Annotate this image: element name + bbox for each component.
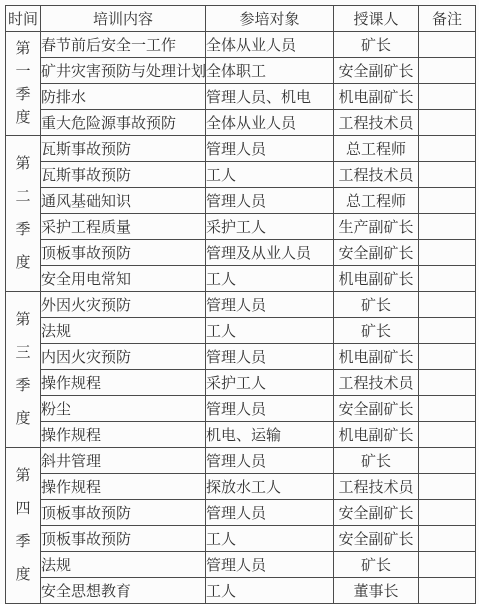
- audience-cell: 管理人员: [206, 448, 334, 474]
- note-cell: [419, 396, 476, 422]
- audience-cell: 工人: [206, 318, 334, 344]
- time-quarter-cell: 第一季度: [6, 32, 41, 136]
- note-cell: [419, 214, 476, 240]
- time-quarter-cell: 第二季度: [6, 136, 41, 292]
- lecturer-cell: 工程技术员: [334, 110, 419, 136]
- column-header: 备注: [419, 6, 476, 32]
- note-cell: [419, 240, 476, 266]
- column-header: 培训内容: [41, 6, 206, 32]
- content-cell: 顶板事故预防: [41, 500, 206, 526]
- header-row: 时间培训内容参培对象授课人备注: [6, 6, 476, 32]
- table-row: 安全用电常知工人机电副矿长: [6, 266, 476, 292]
- column-header: 参培对象: [206, 6, 334, 32]
- lecturer-cell: 机电副矿长: [334, 344, 419, 370]
- lecturer-cell: 工程技术员: [334, 162, 419, 188]
- table-row: 瓦斯事故预防工人工程技术员: [6, 162, 476, 188]
- quarter-label-char: 二: [15, 189, 30, 205]
- table-row: 法规工人矿长: [6, 318, 476, 344]
- content-cell: 操作规程: [41, 422, 206, 448]
- time-quarter-cell: 第三季度: [6, 292, 41, 448]
- audience-cell: 管理人员、机电: [206, 84, 334, 110]
- content-cell: 瓦斯事故预防: [41, 136, 206, 162]
- audience-cell: 全体从业人员: [206, 110, 334, 136]
- quarter-label-char: 季: [15, 534, 30, 550]
- content-cell: 通风基础知识: [41, 188, 206, 214]
- note-cell: [419, 84, 476, 110]
- lecturer-cell: 安全副矿长: [334, 396, 419, 422]
- table-header: 时间培训内容参培对象授课人备注: [6, 6, 476, 32]
- content-cell: 操作规程: [41, 370, 206, 396]
- audience-cell: 管理人员: [206, 344, 334, 370]
- lecturer-cell: 矿长: [334, 448, 419, 474]
- lecturer-cell: 安全副矿长: [334, 526, 419, 552]
- content-cell: 矿井灾害预防与处理计划: [41, 58, 206, 84]
- lecturer-cell: 安全副矿长: [334, 500, 419, 526]
- quarter-label-char: 第: [15, 156, 30, 172]
- note-cell: [419, 318, 476, 344]
- audience-cell: 工人: [206, 526, 334, 552]
- table-row: 操作规程采护工人工程技术员: [6, 370, 476, 396]
- audience-cell: 管理人员: [206, 188, 334, 214]
- note-cell: [419, 292, 476, 318]
- note-cell: [419, 58, 476, 84]
- table-row: 安全思想教育工人董事长: [6, 578, 476, 604]
- lecturer-cell: 矿长: [334, 292, 419, 318]
- audience-cell: 工人: [206, 266, 334, 292]
- quarter-label-char: 季: [15, 378, 30, 394]
- table-row: 粉尘管理人员安全副矿长: [6, 396, 476, 422]
- lecturer-cell: 机电副矿长: [334, 422, 419, 448]
- content-cell: 安全用电常知: [41, 266, 206, 292]
- lecturer-cell: 总工程师: [334, 136, 419, 162]
- content-cell: 采护工程质量: [41, 214, 206, 240]
- quarter-label-char: 三: [15, 345, 30, 361]
- note-cell: [419, 32, 476, 58]
- audience-cell: 全体职工: [206, 58, 334, 84]
- table-row: 顶板事故预防工人安全副矿长: [6, 526, 476, 552]
- table-row: 内因火灾预防管理人员机电副矿长: [6, 344, 476, 370]
- note-cell: [419, 552, 476, 578]
- table-row: 第二季度瓦斯事故预防管理人员总工程师: [6, 136, 476, 162]
- content-cell: 瓦斯事故预防: [41, 162, 206, 188]
- lecturer-cell: 矿长: [334, 32, 419, 58]
- audience-cell: 全体从业人员: [206, 32, 334, 58]
- quarter-label-char: 度: [15, 411, 30, 427]
- audience-cell: 工人: [206, 162, 334, 188]
- lecturer-cell: 机电副矿长: [334, 266, 419, 292]
- quarter-label-char: 一: [15, 64, 30, 80]
- lecturer-cell: 矿长: [334, 318, 419, 344]
- note-cell: [419, 266, 476, 292]
- quarter-label-char: 度: [15, 567, 30, 583]
- quarter-label-char: 度: [15, 110, 30, 126]
- audience-cell: 采护工人: [206, 214, 334, 240]
- table-row: 防排水管理人员、机电机电副矿长: [6, 84, 476, 110]
- table-row: 重大危险源事故预防全体从业人员工程技术员: [6, 110, 476, 136]
- content-cell: 法规: [41, 318, 206, 344]
- audience-cell: 管理人员: [206, 396, 334, 422]
- quarter-label-char: 第: [15, 468, 30, 484]
- quarter-label: 第四季度: [6, 451, 40, 601]
- audience-cell: 管理人员: [206, 292, 334, 318]
- table-row: 顶板事故预防管理人员安全副矿长: [6, 500, 476, 526]
- table-body: 第一季度春节前后安全一工作全体从业人员矿长矿井灾害预防与处理计划全体职工安全副矿…: [6, 32, 476, 604]
- table-row: 操作规程探放水工人工程技术员: [6, 474, 476, 500]
- content-cell: 顶板事故预防: [41, 526, 206, 552]
- lecturer-cell: 安全副矿长: [334, 240, 419, 266]
- table-row: 操作规程机电、运输机电副矿长: [6, 422, 476, 448]
- table-row: 第四季度斜井管理管理人员矿长: [6, 448, 476, 474]
- audience-cell: 管理人员: [206, 500, 334, 526]
- lecturer-cell: 董事长: [334, 578, 419, 604]
- note-cell: [419, 578, 476, 604]
- table-row: 通风基础知识管理人员总工程师: [6, 188, 476, 214]
- note-cell: [419, 422, 476, 448]
- lecturer-cell: 安全副矿长: [334, 58, 419, 84]
- column-header: 时间: [6, 6, 41, 32]
- quarter-label: 第一季度: [6, 35, 40, 133]
- note-cell: [419, 110, 476, 136]
- note-cell: [419, 474, 476, 500]
- content-cell: 粉尘: [41, 396, 206, 422]
- lecturer-cell: 矿长: [334, 552, 419, 578]
- audience-cell: 管理及从业人员: [206, 240, 334, 266]
- quarter-label-char: 季: [15, 87, 30, 103]
- note-cell: [419, 370, 476, 396]
- content-cell: 顶板事故预防: [41, 240, 206, 266]
- content-cell: 重大危险源事故预防: [41, 110, 206, 136]
- content-cell: 防排水: [41, 84, 206, 110]
- quarter-label-char: 度: [15, 255, 30, 271]
- quarter-label-char: 季: [15, 222, 30, 238]
- content-cell: 斜井管理: [41, 448, 206, 474]
- content-cell: 外因火灾预防: [41, 292, 206, 318]
- audience-cell: 采护工人: [206, 370, 334, 396]
- content-cell: 春节前后安全一工作: [41, 32, 206, 58]
- lecturer-cell: 机电副矿长: [334, 84, 419, 110]
- audience-cell: 管理人员: [206, 136, 334, 162]
- note-cell: [419, 526, 476, 552]
- content-cell: 法规: [41, 552, 206, 578]
- lecturer-cell: 总工程师: [334, 188, 419, 214]
- table-row: 第一季度春节前后安全一工作全体从业人员矿长: [6, 32, 476, 58]
- audience-cell: 工人: [206, 578, 334, 604]
- table-row: 采护工程质量采护工人生产副矿长: [6, 214, 476, 240]
- table-row: 顶板事故预防管理及从业人员安全副矿长: [6, 240, 476, 266]
- content-cell: 内因火灾预防: [41, 344, 206, 370]
- quarter-label: 第三季度: [6, 295, 40, 445]
- table-row: 第三季度外因火灾预防管理人员矿长: [6, 292, 476, 318]
- column-header: 授课人: [334, 6, 419, 32]
- quarter-label-char: 四: [15, 501, 30, 517]
- note-cell: [419, 448, 476, 474]
- note-cell: [419, 162, 476, 188]
- lecturer-cell: 工程技术员: [334, 370, 419, 396]
- audience-cell: 机电、运输: [206, 422, 334, 448]
- audience-cell: 管理人员: [206, 552, 334, 578]
- table-row: 法规管理人员矿长: [6, 552, 476, 578]
- training-schedule-table: 时间培训内容参培对象授课人备注 第一季度春节前后安全一工作全体从业人员矿长矿井灾…: [5, 5, 476, 604]
- time-quarter-cell: 第四季度: [6, 448, 41, 604]
- lecturer-cell: 生产副矿长: [334, 214, 419, 240]
- content-cell: 操作规程: [41, 474, 206, 500]
- lecturer-cell: 工程技术员: [334, 474, 419, 500]
- quarter-label-char: 第: [15, 41, 30, 57]
- audience-cell: 探放水工人: [206, 474, 334, 500]
- quarter-label-char: 第: [15, 312, 30, 328]
- quarter-label: 第二季度: [6, 139, 40, 289]
- note-cell: [419, 188, 476, 214]
- note-cell: [419, 136, 476, 162]
- note-cell: [419, 344, 476, 370]
- table-row: 矿井灾害预防与处理计划全体职工安全副矿长: [6, 58, 476, 84]
- content-cell: 安全思想教育: [41, 578, 206, 604]
- note-cell: [419, 500, 476, 526]
